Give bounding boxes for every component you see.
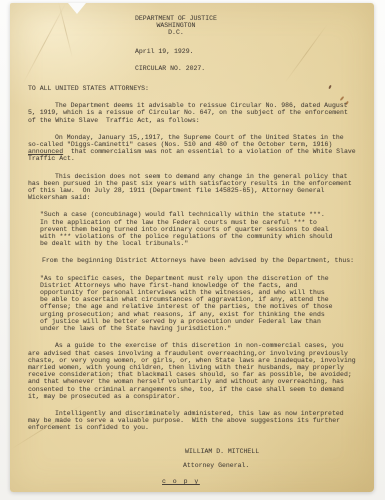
quote-block-2: "As to specific cases, the Department mu… [40,275,336,333]
paper-sheet: DEPARTMENT OF JUSTICE WASHINGTON D.C. Ap… [10,3,374,492]
quote-block-1: "Such a case (concubinage) would fall te… [40,211,336,247]
paragraph-4: From the beginning District Attorneys ha… [28,257,358,264]
paragraph-6: Intelligently and discriminately adminis… [28,410,358,432]
copy-stamp: c o p y [162,478,358,485]
paragraph-3: This decision does not seem to demand an… [28,173,358,202]
letterhead: DEPARTMENT OF JUSTICE WASHINGTON D.C. [135,15,217,37]
document-photo: DEPARTMENT OF JUSTICE WASHINGTON D.C. Ap… [0,0,385,500]
date-line: April 19, 1929. [135,48,358,55]
letterhead-district: D.C. [135,29,217,36]
paragraph-2-text-a: On Monday, January 15,,1917, the Supreme… [28,134,348,148]
salutation: TO ALL UNITED STATES ATTORNEYS: [28,85,358,92]
paragraph-2-text-b: that commercialism was not an essential … [28,148,360,162]
paragraph-2: On Monday, January 15,,1917, the Supreme… [28,134,358,163]
paragraph-1: The Department deems it advisable to rei… [28,102,358,124]
document-content: DEPARTMENT OF JUSTICE WASHINGTON D.C. Ap… [28,3,358,485]
paragraph-5: As a guide to the exercise of this discr… [28,342,358,400]
signature-title: Attorney General. [183,462,358,469]
signature-name: WILLIAM D. MITCHELL [185,448,358,455]
circular-number: CIRCULAR NO. 2027. [135,65,358,72]
